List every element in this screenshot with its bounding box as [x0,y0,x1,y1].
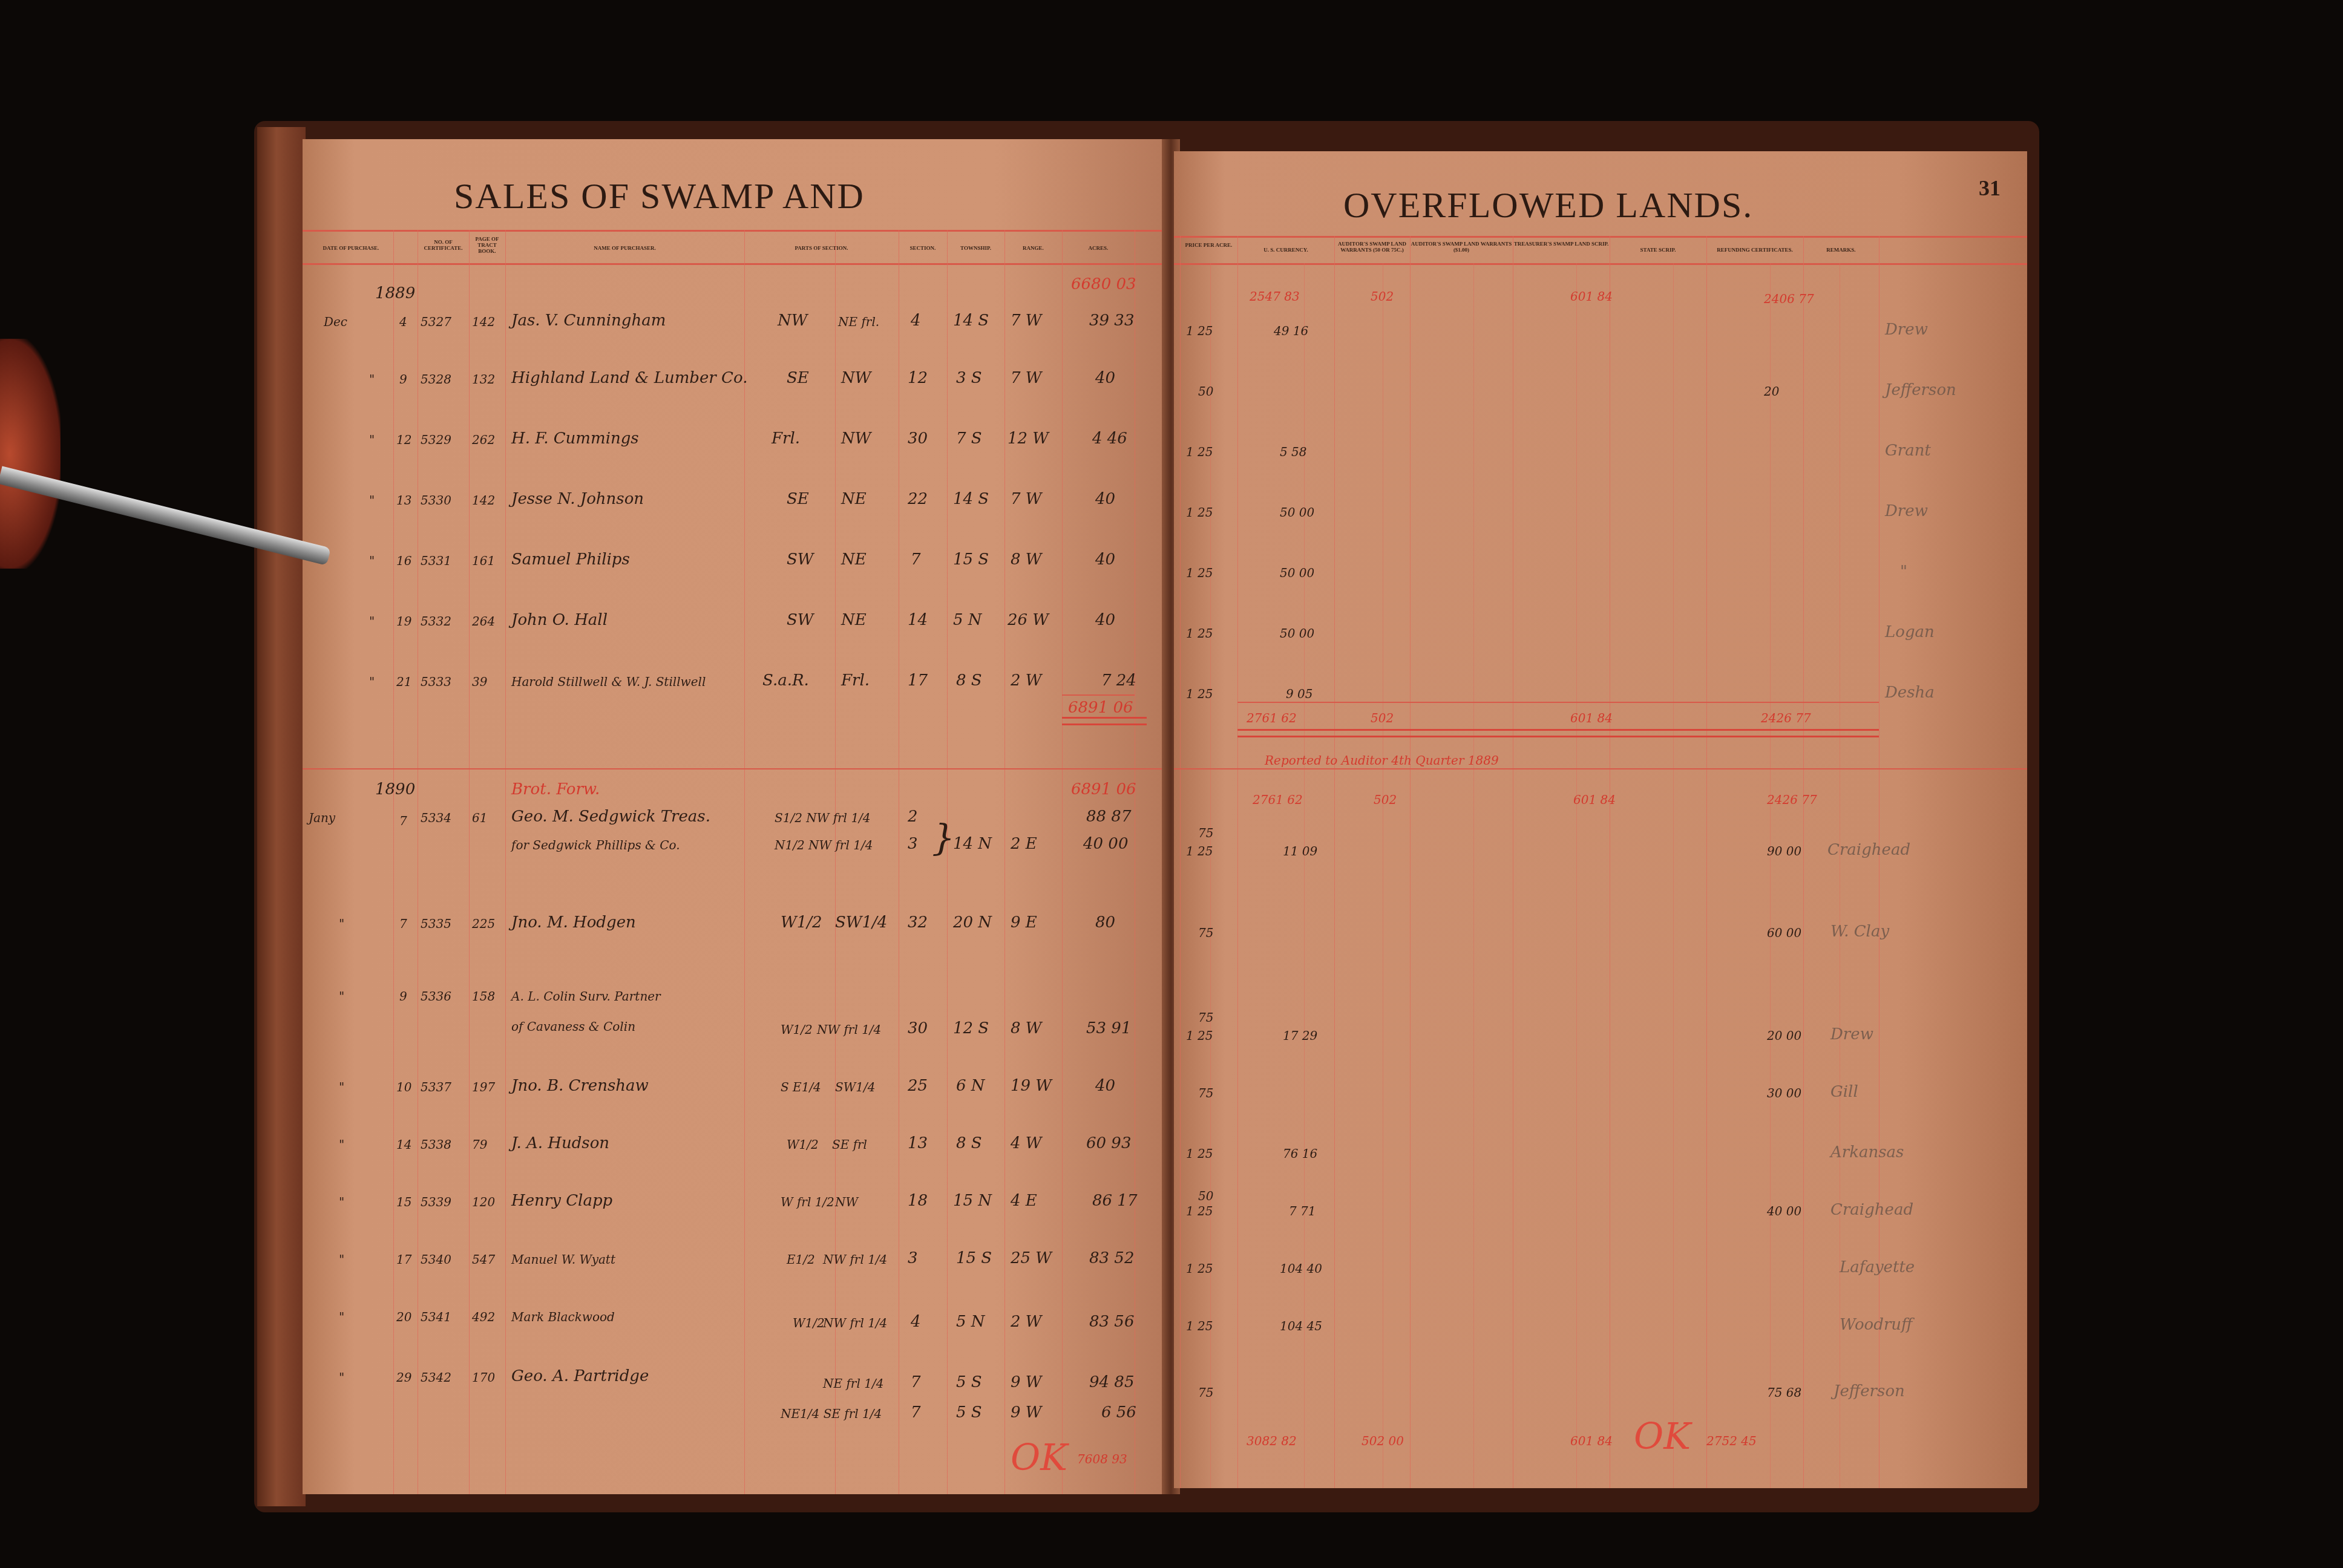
ledger-cell: " [339,1310,344,1324]
ledger-cell: " [339,1137,344,1152]
ledger-cell: 6 56 [1101,1403,1136,1422]
ledger-rule [1410,236,1411,1488]
ledger-cell: 7 W [1011,312,1042,330]
ledger-cell: N1/2 NW frl 1/4 [775,838,873,852]
ledger-rule [835,230,836,1494]
page-title-left: SALES OF SWAMP AND [454,175,865,217]
ledger-cell: 20 [396,1310,411,1324]
ledger-cell: 60 93 [1086,1134,1131,1152]
ledger-cell: 7 [399,916,407,931]
ledger-cell: SE frl [832,1137,867,1152]
ledger-rule [1237,702,1879,703]
col-header-range: Range. [1004,245,1062,251]
ledger-cell: 3 S [956,369,982,387]
ledger-cell: 10 [396,1080,411,1094]
ledger-cell: 2752 45 [1706,1434,1757,1448]
ledger-cell: NE frl 1/4 [823,1376,883,1391]
ledger-cell: 14 N [953,835,992,853]
ledger-cell: 5330 [421,493,451,508]
header-bottom-rule [303,263,1168,265]
left-page: SALES OF SWAMP AND DATE OF PURCHASE. No.… [303,139,1168,1494]
ledger-cell: 13 [908,1134,928,1152]
ledger-cell: " [369,433,375,447]
ledger-cell: 9 [399,989,407,1004]
ledger-cell: 15 N [953,1192,992,1210]
col-header-currency: U. S. Currency. [1237,247,1334,253]
ledger-cell: J. A. Hudson [511,1134,609,1152]
ledger-cell: Manuel W. Wyatt [511,1252,615,1267]
ledger-cell: John O. Hall [511,611,608,629]
ledger-cell: Henry Clapp [511,1192,612,1210]
ledger-cell: Jefferson [1885,381,1956,399]
ledger-cell: 5333 [421,675,451,689]
ledger-cell: 11 09 [1283,844,1317,858]
ledger-cell: 15 [396,1195,411,1209]
ledger-cell: W. Clay [1830,923,1889,941]
ledger-cell: 7 71 [1289,1204,1316,1218]
ledger-cell: 14 S [953,312,989,330]
ledger-cell: Harold Stillwell & W. J. Stillwell [511,675,706,689]
ledger-cell: 30 [908,1019,928,1037]
ledger-cell: Jas. V. Cunningham [511,312,666,330]
ledger-cell: Mark Blackwood [511,1310,615,1324]
ledger-cell: 7 [911,1373,921,1391]
ledger-cell: 2406 77 [1764,292,1814,306]
ledger-cell: 170 [472,1370,495,1385]
ledger-cell: 5329 [421,433,451,447]
col-header-acres: Acres. [1062,245,1135,251]
ledger-cell: 26 W [1008,611,1049,629]
ledger-cell: Lafayette [1840,1258,1915,1276]
ledger-cell: Woodruff [1840,1316,1913,1334]
ledger-cell: 492 [472,1310,495,1324]
ledger-cell: 39 33 [1089,312,1134,330]
ledger-rule [1174,236,2027,238]
col-header-remarks: REMARKS. [1803,247,1879,253]
ledger-cell: 50 [1198,384,1213,399]
ledger-cell: 40 [1095,611,1115,629]
ledger-cell: 9 W [1011,1373,1042,1391]
ledger-cell: 104 40 [1280,1261,1322,1276]
ledger-cell: 1 25 [1186,505,1213,520]
ledger-cell: 1 25 [1186,1204,1213,1218]
ledger-cell: " [339,1080,344,1094]
ledger-rule [1576,263,1577,1488]
ledger-cell: W1/2 [781,1022,813,1037]
ledger-cell: 79 [472,1137,487,1152]
ledger-cell: 14 [396,1137,411,1152]
ledger-cell: 17 [396,1252,411,1267]
ledger-cell: 601 84 [1570,289,1613,304]
acres-total-1889: 6891 06 [1068,699,1133,717]
ledger-cell: 75 [1198,1010,1213,1025]
ledger-cell: 30 [908,430,928,448]
ledger-cell: 2 W [1011,1313,1042,1331]
ledger-cell: " [369,493,375,508]
ledger-cell: Grant [1885,442,1931,460]
ledger-cell: NW [778,312,807,330]
ledger-cell: 5 S [956,1403,982,1422]
ledger-cell: 83 52 [1089,1249,1134,1267]
ledger-cell: " [339,916,344,931]
ledger-rule [1062,694,1135,696]
ledger-rule [1004,230,1005,1494]
ledger-cell: 76 16 [1283,1146,1317,1161]
ledger-cell: 49 16 [1274,324,1308,338]
ledger-cell: " [339,1252,344,1267]
ledger-cell: 4 [399,315,407,329]
ledger-cell: A. L. Colin Surv. Partner [511,989,661,1004]
ledger-cell: 5 S [956,1373,982,1391]
ledger-cell: 197 [472,1080,495,1094]
ledger-cell: 30 00 [1767,1086,1801,1100]
ledger-rule [1803,236,1804,1488]
ledger-cell: 40 00 [1767,1204,1801,1218]
ledger-cell: 60 00 [1767,926,1801,940]
ledger-cell: " [369,675,375,689]
col-header-section: Section. [899,245,947,251]
ledger-cell: NW [841,369,871,387]
ledger-cell: 50 [1198,1189,1213,1203]
ledger-cell: SW1/4 [835,913,887,932]
ledger-rule [1513,236,1513,1488]
col-header-auditor-warrants-1: Auditor's Swamp Land Warrants ($1.00) [1410,241,1513,253]
ledger-cell: S1/2 NW frl 1/4 [775,811,871,825]
ledger-rule [1840,263,1840,1488]
ledger-cell: Samuel Philips [511,550,630,569]
currency-total-1890: 3082 82 [1247,1434,1297,1448]
ledger-cell: 7 W [1011,490,1042,508]
ledger-cell: 547 [472,1252,495,1267]
ledger-cell: 16 [396,554,411,568]
right-page: OVERFLOWED LANDS. 31 Price Per Acre. U. … [1174,151,2027,1488]
ledger-cell: 29 [396,1370,411,1385]
ledger-cell: 502 [1371,711,1394,725]
ledger-rule [1237,236,1238,1488]
ledger-rule [393,230,394,1494]
ledger-cell: 75 [1198,1086,1213,1100]
ledger-cell: 12 [396,433,411,447]
ledger-cell: 13 [396,493,411,508]
ledger-cell: 5337 [421,1080,451,1094]
ledger-cell: W1/2 [793,1316,825,1330]
ledger-cell: 4 [911,1313,921,1331]
ledger-cell: " [369,614,375,629]
ledger-cell: Drew [1885,502,1928,520]
ledger-cell: NE1/4 SE frl 1/4 [781,1406,882,1421]
ledger-cell: 40 [1095,550,1115,569]
ledger-cell: " [369,554,375,568]
ledger-rule [1879,236,1879,1488]
ledger-cell: Geo. M. Sedgwick Treas. [511,808,710,826]
ledger-cell: 20 N [953,913,992,932]
ledger-cell: 8 S [956,671,982,690]
ledger-cell: NE frl. [838,315,879,329]
section-divider [303,768,1168,769]
ledger-cell: NW frl 1/4 [817,1022,881,1037]
year-1890: 1890 [375,780,415,799]
ledger-cell: 158 [472,989,495,1004]
ledger-rule [1174,768,2027,769]
ledger-cell: 142 [472,315,495,329]
ledger-cell: SW1/4 [835,1080,875,1094]
ledger-cell: 5332 [421,614,451,629]
ledger-cell: 14 [908,611,928,629]
ledger-cell: 40 [1095,490,1115,508]
col-header-auditor-warrants-50-75: Auditor's Swamp Land Warrants (50 or 75c… [1334,241,1410,253]
ledger-cell: 2547 83 [1250,289,1300,304]
ledger-cell: NE [841,550,867,569]
ledger-cell: 8 S [956,1134,982,1152]
ledger-cell: 5328 [421,372,451,387]
ledger-cell: 5341 [421,1310,451,1324]
page-title-right: OVERFLOWED LANDS. [1343,185,1753,226]
ledger-cell: 15 S [953,550,989,569]
hand [0,339,61,569]
ledger-cell: 88 87 [1086,808,1131,826]
ledger-cell: Jno. B. Crenshaw [511,1077,649,1095]
ledger-cell: 1 25 [1186,844,1213,858]
ledger-rule [744,230,745,1494]
ledger-cell: 75 [1198,926,1213,940]
col-header-refunding: Refunding Certificates. [1706,247,1803,253]
ledger-cell: 9 W [1011,1403,1042,1422]
ledger-cell: Logan [1885,623,1935,641]
col-header-certificate: No. of certificate. [418,239,469,251]
ledger-cell: Frl. [772,430,800,448]
ledger-cell: 40 00 [1083,835,1128,853]
ledger-cell: 1 25 [1186,566,1213,580]
ledger-cell: Jesse N. Johnson [511,490,644,508]
ledger-cell: 104 45 [1280,1319,1322,1333]
ledger-cell: 25 [908,1077,928,1095]
ledger-cell: 5342 [421,1370,451,1385]
ledger-cell: 9 [399,372,407,387]
ledger-cell: 19 W [1011,1077,1052,1095]
ledger-cell: 40 [1095,369,1115,387]
ledger-cell: 502 [1371,289,1394,304]
ledger-cell: 2 E [1011,835,1037,853]
ledger-cell: 5331 [421,554,451,568]
ledger-rule [947,230,948,1494]
ledger-cell: 161 [472,554,495,568]
ledger-cell: W1/2 [787,1137,819,1152]
col-header-purchaser: NAME OF PURCHASER. [505,245,744,251]
ledger-cell: " [1900,563,1907,581]
ledger-rule [1237,729,1879,737]
ledger-cell: 1 25 [1186,1261,1213,1276]
ledger-cell: 1 25 [1186,1319,1213,1333]
ledger-cell: 86 17 [1092,1192,1137,1210]
ledger-cell: 2 [908,808,918,826]
ledger-cell: SW [787,611,814,629]
col-header-treasurer-scrip: Treasurer's Swamp Land Scrip. [1513,241,1610,247]
ledger-cell: SE [787,490,809,508]
acres-brought-forward: 6891 06 [1071,780,1136,799]
ledger-cell: 12 [908,369,928,387]
ledger-cell: Dec [324,315,347,329]
col-header-township: Township. [947,245,1004,251]
ledger-cell: 40 [1095,1077,1115,1095]
ledger-cell: 225 [472,916,495,931]
ledger-cell: 17 29 [1283,1028,1317,1043]
ledger-cell: 7 [911,1403,921,1422]
ledger-cell: 1 25 [1186,1146,1213,1161]
acres-total-1890: 7608 93 [1077,1452,1127,1466]
year-1889: 1889 [375,284,415,302]
ledger-cell: 502 00 [1362,1434,1404,1448]
ledger-cell: 2426 77 [1767,792,1817,807]
ledger-cell: 7 S [956,430,982,448]
ledger-cell: 61 [472,811,487,825]
ledger-cell: 8 W [1011,1019,1042,1037]
ok-audit-mark: OK [1011,1437,1067,1479]
ledger-rule [1180,236,1181,1488]
ledger-cell: 50 00 [1280,505,1314,520]
ledger-cell: 264 [472,614,495,629]
ledger-cell: Craighead [1830,1201,1913,1219]
ledger-cell: NE [841,611,867,629]
ledger-rule [1062,230,1063,1494]
ledger-cell: 7 W [1011,369,1042,387]
brought-forward-label: Brot. Forw. [511,780,600,799]
ledger-cell: 5335 [421,916,451,931]
ledger-cell: Jno. M. Hodgen [511,913,636,932]
ledger-cell: 53 91 [1086,1019,1131,1037]
auditor-report-note: Reported to Auditor 4th Quarter 1889 [1265,753,1499,768]
ledger-cell: Drew [1885,321,1928,339]
ledger-cell: for Sedgwick Phillips & Co. [511,838,680,852]
ledger-cell: 5339 [421,1195,451,1209]
ledger-cell: 4 E [1011,1192,1037,1210]
ledger-cell: 15 S [956,1249,992,1267]
ledger-cell: NW frl 1/4 [823,1252,887,1267]
ledger-cell: 5340 [421,1252,451,1267]
ledger-cell: 4 W [1011,1134,1042,1152]
ledger-rule [1174,263,2027,265]
ledger-cell: 5 58 [1280,445,1307,459]
ledger-cell: 18 [908,1192,928,1210]
ledger-cell: 1 25 [1186,445,1213,459]
ledger-cell: 50 00 [1280,626,1314,641]
ledger-cell: 75 [1198,1385,1213,1400]
ledger-cell: 50 00 [1280,566,1314,580]
ledger-cell: 2426 77 [1761,711,1811,725]
ledger-cell: 5338 [421,1137,451,1152]
ledger-rule [1334,236,1335,1488]
ledger-cell: W frl 1/2 [781,1195,834,1209]
ledger-cell: 5336 [421,989,451,1004]
ledger-cell: 94 85 [1089,1373,1134,1391]
ledger-rule [1610,236,1610,1488]
ledger-rule [1062,717,1147,725]
ledger-cell: NW [835,1195,858,1209]
ledger-rule [418,230,418,1494]
ledger-cell: 4 [911,312,921,330]
ledger-cell: 3 [908,835,918,853]
ledger-cell: 601 84 [1570,1434,1613,1448]
ledger-cell: 5 N [956,1313,985,1331]
ledger-rule [1673,263,1674,1488]
ledger-rule [505,230,506,1494]
ledger-rule [1383,263,1383,1488]
ledger-cell: 20 [1764,384,1779,399]
ledger-cell: E1/2 [787,1252,815,1267]
ledger-cell: 39 [472,675,487,689]
ledger-cell: 7 24 [1101,671,1136,690]
ledger-cell: 9 05 [1286,687,1313,701]
ledger-cell: NW [841,430,871,448]
ledger-cell: " [369,372,375,387]
ok-audit-mark-right: OK [1634,1416,1691,1458]
ledger-cell: 9 E [1011,913,1037,932]
ledger-cell: 25 W [1011,1249,1052,1267]
ledger-cell: 2761 62 [1253,792,1303,807]
ledger-cell: Highland Land & Lumber Co. [511,369,747,387]
ledger-cell: 17 [908,671,928,690]
ledger-cell: 262 [472,433,495,447]
ledger-cell: S.a.R. [762,671,809,690]
ledger-cell: NE [841,490,867,508]
acres-carry-forward: 6680 03 [1071,275,1136,293]
ledger-cell: S E1/4 [781,1080,821,1094]
currency-total-1889: 2761 62 [1247,711,1297,725]
ledger-cell: 4 46 [1092,430,1127,448]
ledger-cell: 120 [472,1195,495,1209]
col-header-parts: PARTS OF SECTION. [744,245,899,251]
ledger-cell: 132 [472,372,495,387]
ledger-cell: " [339,1195,344,1209]
ledger-cell: 6 N [956,1077,985,1095]
ledger-cell: 75 [1198,826,1213,840]
ledger-cell: 75 68 [1767,1385,1801,1400]
book-page-edges [257,127,306,1506]
col-header-tract-page: Page of Tract Book. [469,236,505,254]
ledger-cell: " [339,989,344,1004]
ledger-cell: Frl. [841,671,870,690]
ledger-cell: 12 W [1008,430,1049,448]
ledger-cell: 502 [1374,792,1397,807]
page-number: 31 [1979,175,2001,201]
ledger-cell: W1/2 [781,913,822,932]
ledger-cell: " [339,1370,344,1385]
ledger-cell: of Cavaness & Colin [511,1019,635,1034]
header-top-rule [303,230,1168,232]
ledger-cell: Geo. A. Partridge [511,1367,649,1385]
ledger-cell: 2 W [1011,671,1042,690]
ledger-cell: 32 [908,913,928,932]
ledger-cell: 601 84 [1570,711,1613,725]
ledger-cell: 12 S [953,1019,989,1037]
ledger-cell: Drew [1830,1025,1873,1044]
ledger-rule [1770,263,1771,1488]
ledger-rule [469,230,470,1494]
ledger-rule [899,230,899,1494]
ledger-cell: 8 W [1011,550,1042,569]
ledger-cell: Craighead [1827,841,1910,859]
ledger-rule [1706,236,1707,1488]
ledger-cell: 83 56 [1089,1313,1134,1331]
ledger-cell: 1 25 [1186,626,1213,641]
ledger-cell: Desha [1885,684,1935,702]
ledger-cell: 20 00 [1767,1028,1801,1043]
ledger-cell: 21 [396,675,411,689]
ledger-cell: 1 25 [1186,324,1213,338]
ledger-cell: 601 84 [1573,792,1616,807]
col-header-state-scrip: STATE SCRIP. [1610,247,1706,253]
ledger-cell: 7 [911,550,921,569]
ledger-cell: SW [787,550,814,569]
